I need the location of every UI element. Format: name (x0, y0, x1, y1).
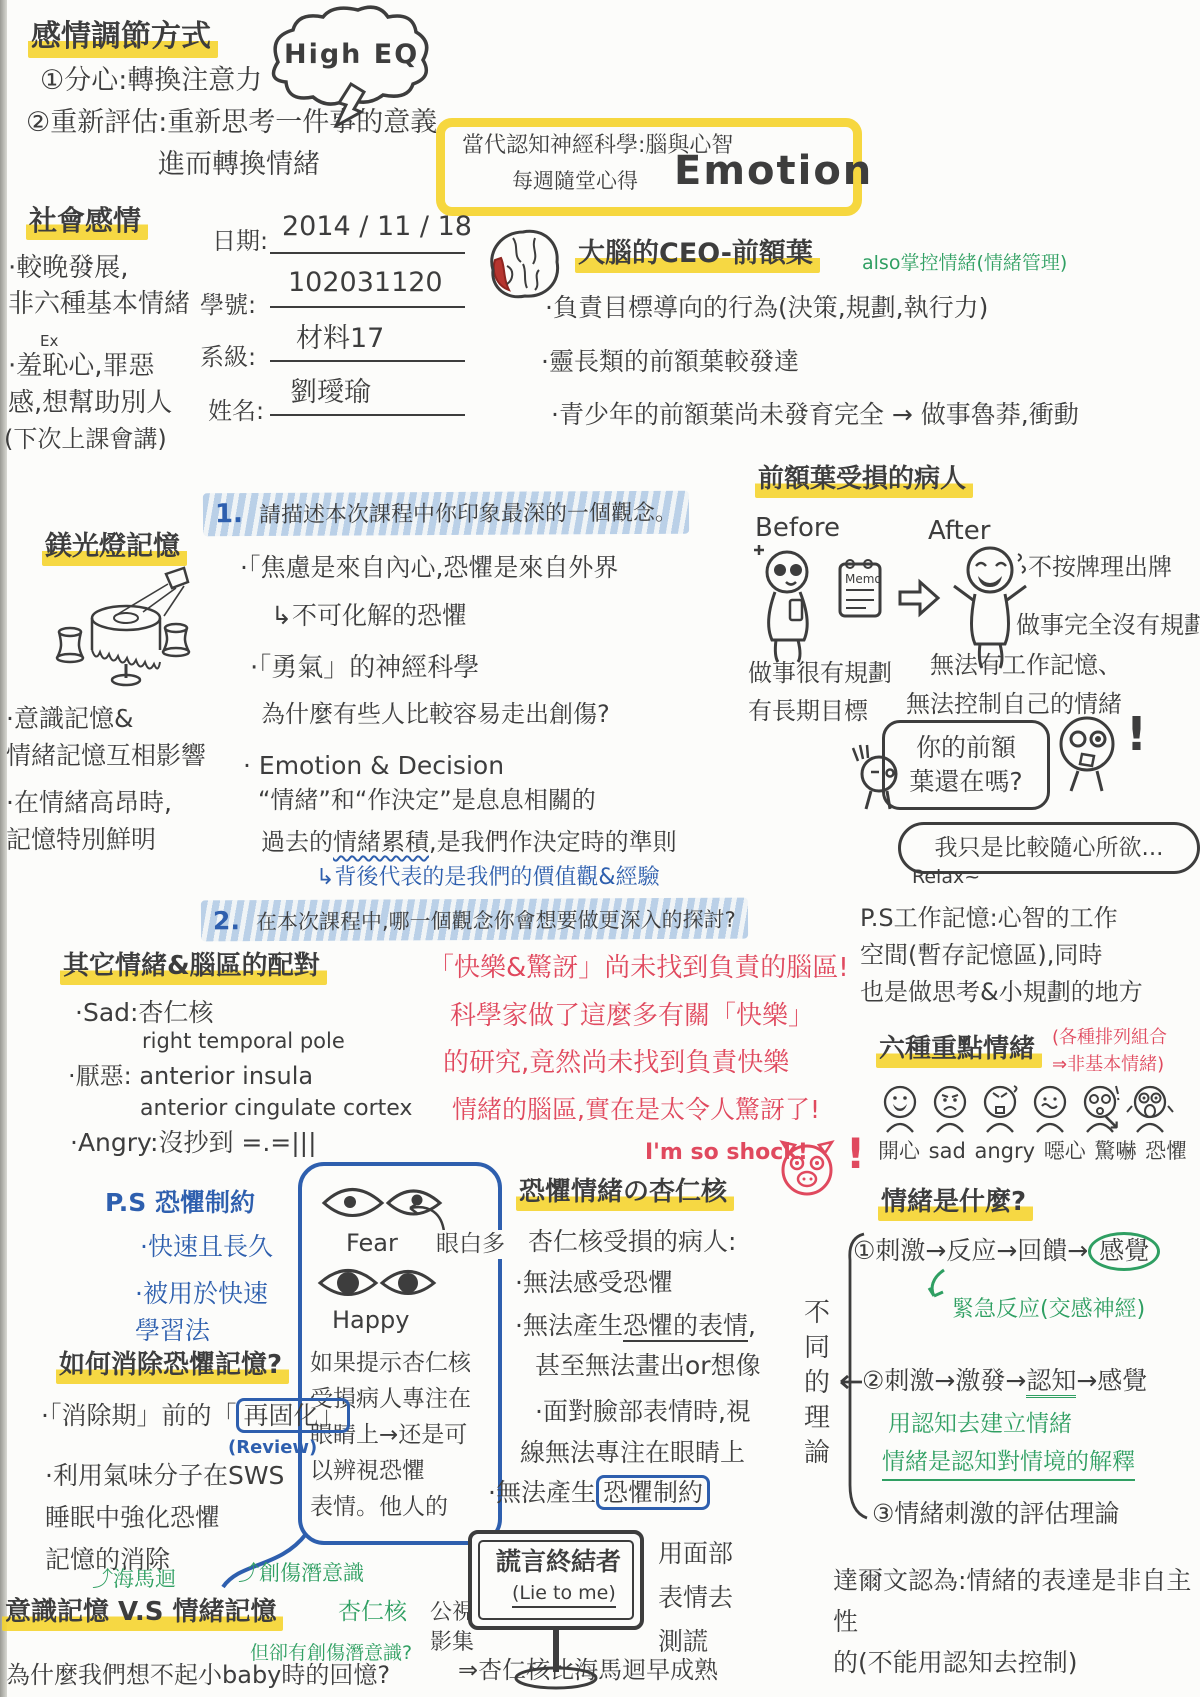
ceo-title: 大腦的CEO-前額葉 (575, 237, 820, 273)
question-1-text: 請描述本次課程中你印象最深的一個觀念。 (259, 500, 677, 530)
amygdala-b1: ·無法感受恐懼 (515, 1267, 673, 1298)
memory-answer: ⇒杏仁核比海馬迴早成熟 (458, 1655, 718, 1685)
happy-eyes-icon (316, 1262, 444, 1304)
after-note-1: 不按牌理出牌 (1028, 552, 1172, 582)
question-2-number: 2. (213, 905, 240, 936)
shocked-pig-face-icon (775, 1135, 845, 1200)
emotion-theory-2: ②刺激→激發→認知→感覺 (862, 1365, 1147, 1396)
emotion-theory-3: ③情緒刺激的評估理論 (872, 1498, 1119, 1529)
amygdala-b2: ·無法產生恐懼的表情, (515, 1310, 756, 1341)
relax-label: Relax~ (912, 866, 980, 890)
brain-map-sad-en: right temporal pole (142, 1028, 345, 1054)
student-id-label: 學號: (200, 290, 256, 320)
flashbulb-bullet-1: ·意識記憶& 情緒記憶互相影響 (6, 700, 206, 774)
erase-fear-b1: ·「消除期」前的「再固化」 (41, 1400, 350, 1431)
flashbulb-title: 鎂光燈記憶 (42, 530, 187, 566)
handwritten-notes-page: 感情調節方式 ①分心:轉換注意力 ②重新評估:重新思考一件事的意義 進而轉換情緒… (0, 0, 1200, 1697)
six-emotions-arrow: ↘ (1102, 1110, 1120, 1138)
q1-bullet-3-sub: ↳背後代表的是我們的價值觀&經驗 (316, 864, 660, 892)
amygdala-annotation: 杏仁核 (338, 1598, 407, 1627)
q1-bullet-3-line-2: 過去的情緒累積,是我們作決定時的準則 (261, 827, 677, 857)
surprised-face-icon (1052, 708, 1137, 803)
question-2-band: 2. 在本次課程中,哪一個觀念你會想要做更深入的探討? (201, 898, 748, 942)
social-emotion-note-1: ·較晚發展, 非六種基本情緒 (8, 250, 190, 322)
transform-arrow-icon (896, 578, 941, 618)
spotlight-drum-icon (48, 566, 193, 688)
regulation-title: 感情調節方式 (28, 18, 218, 58)
ceo-bullet-3: ·青少年的前額葉尚未發育完全 → 做事魯莽,衝動 (551, 399, 1079, 430)
social-emotion-title: 社會感情 (26, 203, 148, 240)
amygdala-b2-pre: ·無法產生 (515, 1311, 623, 1340)
fear-conditioning-b2: ·被用於快速 學習法 (135, 1275, 268, 1349)
q1-b3-l2-wavy: 情緒累積 (333, 828, 429, 856)
dept-label: 系級: (200, 342, 256, 372)
tv-subtitle: (Lie to me) (512, 1582, 616, 1608)
date-label: 日期: (212, 226, 268, 256)
fear-eyes-label: Fear (346, 1228, 398, 1258)
erase-fear-title: 如何消除恐懼記憶? (56, 1349, 289, 1384)
cognition-note-1: 用認知去建立情緒 (888, 1410, 1072, 1439)
trauma-annotation: ⤴創傷潛意識 (238, 1560, 364, 1586)
amygdala-b4-boxed: 恐懼制約 (596, 1475, 710, 1510)
erase-b1-boxed: 再固化」 (236, 1398, 350, 1433)
theory-2-underlined: 認知 (1026, 1366, 1076, 1398)
student-id-line (270, 306, 465, 308)
theories-bracket-label: 不同的理論 (798, 1298, 831, 1488)
cognition-note-2: 情緒是認知對情境的解釋 (882, 1448, 1135, 1481)
amygdala-b4: ·無法產生恐懼制約 (488, 1477, 710, 1508)
brain-map-angry: ·Angry:沒抄到 =.=||| (70, 1127, 317, 1158)
eye-white-annotation: 眼白多 (436, 1230, 505, 1259)
emotion-theory-1: ①刺激→反应→回饋→感覺 (853, 1235, 1160, 1266)
tv-side-note: 用面部 表情去 測謊 (658, 1532, 733, 1664)
question-1-number: 1. (215, 498, 243, 531)
flashbulb-bullet-2: ·在情緒高昂時, 記憶特別鮮明 (6, 784, 172, 858)
darwin-note: 達爾文認為:情緒的表達是非自主性 的(不能用認知去控制) (833, 1560, 1200, 1683)
q1-bullet-1: ·「焦慮是來自內心,恐懼是來自外界 (240, 552, 618, 583)
question-2-text: 在本次課程中,哪一個觀念你會想要做更深入的探討? (256, 907, 736, 936)
tv-title: 謊言終結者 (496, 1546, 621, 1577)
question-1-band: 1. 請描述本次課程中你印象最深的一個觀念。 (203, 491, 689, 536)
brain-map-disgust-en: anterior cingulate cortex (140, 1095, 412, 1123)
after-note-2: 做事完全沒有規劃 (1016, 610, 1200, 640)
six-emotion-faces-icon (876, 1082, 1176, 1134)
working-memory-ps: P.S工作記憶:心智的工作 空間(暫存記憶區),同時 也是做思考&小規劃的地方 (860, 900, 1143, 1011)
memory-question: 為什麼我們想不起小baby時的回憶? (6, 1660, 390, 1690)
theory-2-pre: ②刺激→激發→ (862, 1366, 1026, 1395)
amygdala-b3-cont: 線無法專注在眼睛上 (520, 1437, 745, 1468)
six-emotions-red-note: (各種排列組合 ⇒非基本情緒) (1052, 1024, 1167, 1078)
six-emotions-labels: 開心 sad angry 噁心 驚嚇 恐懼 (878, 1138, 1187, 1164)
prefrontal-question-bubble: 你的前額 葉還在嗎? (882, 720, 1050, 810)
fear-conditioning-title: P.S 恐懼制約 (105, 1187, 255, 1218)
surprised-exclaim: ! (1126, 706, 1147, 764)
regulation-item-1: ①分心:轉換注意力 (40, 64, 262, 98)
amygdala-title: 恐懼情緒の杏仁核 (516, 1176, 734, 1211)
amygdala-b2-post: , (748, 1311, 756, 1340)
green-arrow-icon (922, 1268, 952, 1300)
student-id-value: 102031120 (288, 266, 443, 300)
q1-bullet-1-sub: ↳不可化解的恐懼 (271, 600, 467, 631)
social-emotion-note-2: ·羞恥心,罪惡 感,想幫助別人 (8, 348, 172, 422)
what-is-emotion-title: 情緒是什麼? (878, 1186, 1033, 1221)
name-label: 姓名: (208, 396, 264, 426)
happiness-note-line-1: 「快樂&驚訝」尚未找到負責的腦區! (428, 952, 849, 985)
social-emotion-note-3: (下次上課會講) (4, 424, 167, 454)
regulation-item-2-cont: 進而轉換情緒 (158, 148, 320, 182)
amygdala-b2-cont: 甚至無法畫出or想像 (535, 1350, 761, 1381)
amygdala-b3: ·面對臉部表情時,視 (535, 1396, 751, 1427)
happy-eyes-label: Happy (332, 1305, 409, 1335)
topic-title: Emotion (674, 146, 873, 196)
brain-map-title: 其它情緒&腦區的配對 (60, 950, 327, 985)
date-value: 2014 / 11 / 18 (282, 210, 472, 244)
amygdala-sub: 杏仁核受損的病人: (528, 1226, 736, 1257)
name-value: 劉璦瑜 (290, 376, 371, 410)
happiness-note-line-3: 的研究,竟然尚未找到負責快樂 (443, 1047, 789, 1080)
relaxed-face-icon (845, 742, 905, 827)
happiness-note-line-2: 科學家做了這麼多有關「快樂」 (450, 1000, 814, 1033)
brain-map-disgust: ·厭惡: anterior insula (68, 1061, 313, 1091)
q1-bullet-3-line-1: “情緒”和“作決定”是息息相關的 (258, 785, 596, 815)
emergency-response-note: 緊急反应(交感神經) (952, 1296, 1145, 1324)
pig-exclaim: ! (846, 1128, 865, 1181)
ceo-green-note: also掌控情緒(情緒管理) (862, 252, 1067, 276)
eq-bubble-label: High EQ (284, 38, 419, 72)
theories-bracket (836, 1230, 868, 1525)
ceo-bullet-2: ·靈長類的前額葉較發達 (541, 346, 799, 377)
erase-b1-pre: ·「消除期」前的「 (41, 1401, 236, 1430)
happiness-note-line-4: 情緒的腦區,實在是太令人驚訝了! (452, 1094, 820, 1125)
fear-conditioning-b1: ·快速且長久 (140, 1231, 273, 1262)
patient-before-label: Before (755, 512, 840, 545)
date-line (270, 252, 465, 254)
theory-2-post: →感覺 (1076, 1366, 1147, 1395)
q1-bullet-2-sub: 為什麼有些人比較容易走出創傷? (261, 699, 610, 729)
q1-b3-l2-pre: 過去的 (261, 828, 333, 856)
after-note-3: 無法有工作記憶、 (930, 650, 1122, 680)
dept-value: 材料17 (296, 322, 384, 356)
amygdala-b4-pre: ·無法產生 (488, 1478, 596, 1507)
theory-1-circled: 感覺 (1088, 1232, 1160, 1271)
theory-1-text: ①刺激→反应→回饋→ (853, 1236, 1088, 1265)
q1-bullet-2: ·「勇氣」的神經科學 (250, 652, 479, 685)
six-emotions-title: 六種重點情緒 (876, 1033, 1042, 1068)
before-note: 做事很有規劃 有長期目標 (748, 654, 892, 730)
q1-bullet-3: · Emotion & Decision (243, 750, 504, 781)
ceo-bullet-1: ·負責目標導向的行為(決策,規劃,執行力) (545, 292, 988, 323)
course-subtitle: 每週隨堂心得 (512, 168, 638, 194)
eye-box-body: 如果提示杏仁核 受損病人專注在 眼睛上→还是可 以辨視恐懼 表情。他人的 (310, 1345, 471, 1525)
memo-label: Memo (845, 572, 882, 587)
dept-line (270, 360, 465, 362)
patient-title: 前額葉受損的病人 (755, 463, 973, 498)
amygdala-b2-underlined: 恐懼的表情 (623, 1311, 748, 1342)
memory-vs-title: 意識記憶 V.S 情緒記憶 (2, 1596, 283, 1631)
hippocampus-annotation: ⤴海馬迴 (92, 1566, 176, 1592)
brain-map-sad: ·Sad:杏仁核 (75, 997, 213, 1028)
q1-b3-l2-post: ,是我們作決定時的準則 (429, 828, 677, 856)
name-line (270, 414, 465, 416)
